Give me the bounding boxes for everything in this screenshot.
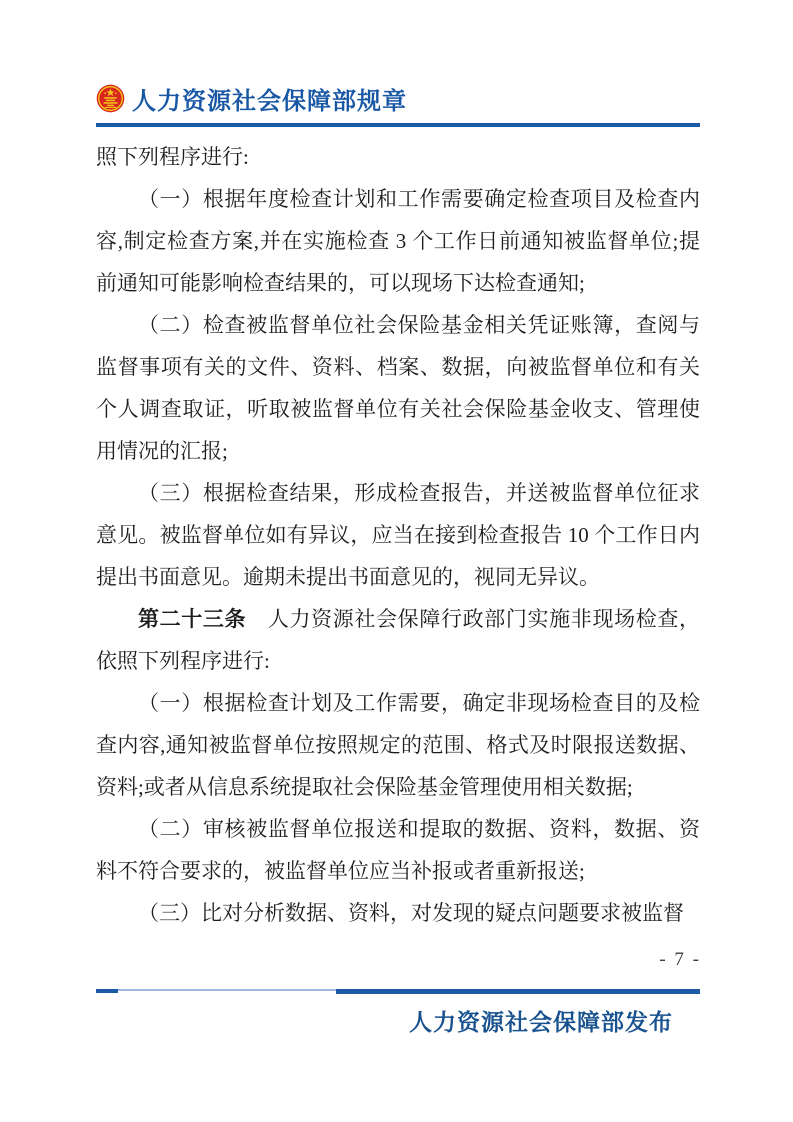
header-rule — [96, 123, 700, 127]
footer-rule — [96, 989, 700, 995]
footer-rule-thin-segment — [96, 989, 336, 991]
paragraph: （二）检查被监督单位社会保险基金相关凭证账簿，查阅与监督事项有关的文件、资料、档… — [96, 304, 700, 472]
paragraph: 照下列程序进行: — [96, 136, 700, 178]
publisher-label: 人力资源社会保障部发布 — [409, 1004, 673, 1037]
article-number: 第二十三条 — [138, 607, 246, 631]
paragraph: （三）比对分析数据、资料，对发现的疑点问题要求被监督 — [96, 892, 700, 934]
paragraph: （二）审核被监督单位报送和提取的数据、资料，数据、资料不符合要求的，被监督单位应… — [96, 808, 700, 892]
footer-rule-thick-segment — [336, 989, 700, 994]
document-body: 照下列程序进行:（一）根据年度检查计划和工作需要确定检查项目及检查内容,制定检查… — [96, 136, 700, 934]
paragraph: （一）根据检查计划及工作需要，确定非现场检查目的及检查内容,通知被监督单位按照规… — [96, 682, 700, 808]
paragraph: （一）根据年度检查计划和工作需要确定检查项目及检查内容,制定检查方案,并在实施检… — [96, 178, 700, 304]
paragraph: （三）根据检查结果，形成检查报告，并送被监督单位征求意见。被监督单位如有异议，应… — [96, 472, 700, 598]
paragraph: 第二十三条 人力资源社会保障行政部门实施非现场检查，依照下列程序进行: — [96, 598, 700, 682]
page-number: - 7 - — [659, 949, 701, 971]
document-page: 人力资源社会保障部规章 照下列程序进行:（一）根据年度检查计划和工作需要确定检查… — [0, 0, 793, 1122]
header-title: 人力资源社会保障部规章 — [132, 81, 407, 116]
page-header: 人力资源社会保障部规章 — [96, 83, 700, 127]
footer-rule-left-cap — [96, 989, 118, 993]
china-national-emblem-icon — [96, 84, 125, 113]
